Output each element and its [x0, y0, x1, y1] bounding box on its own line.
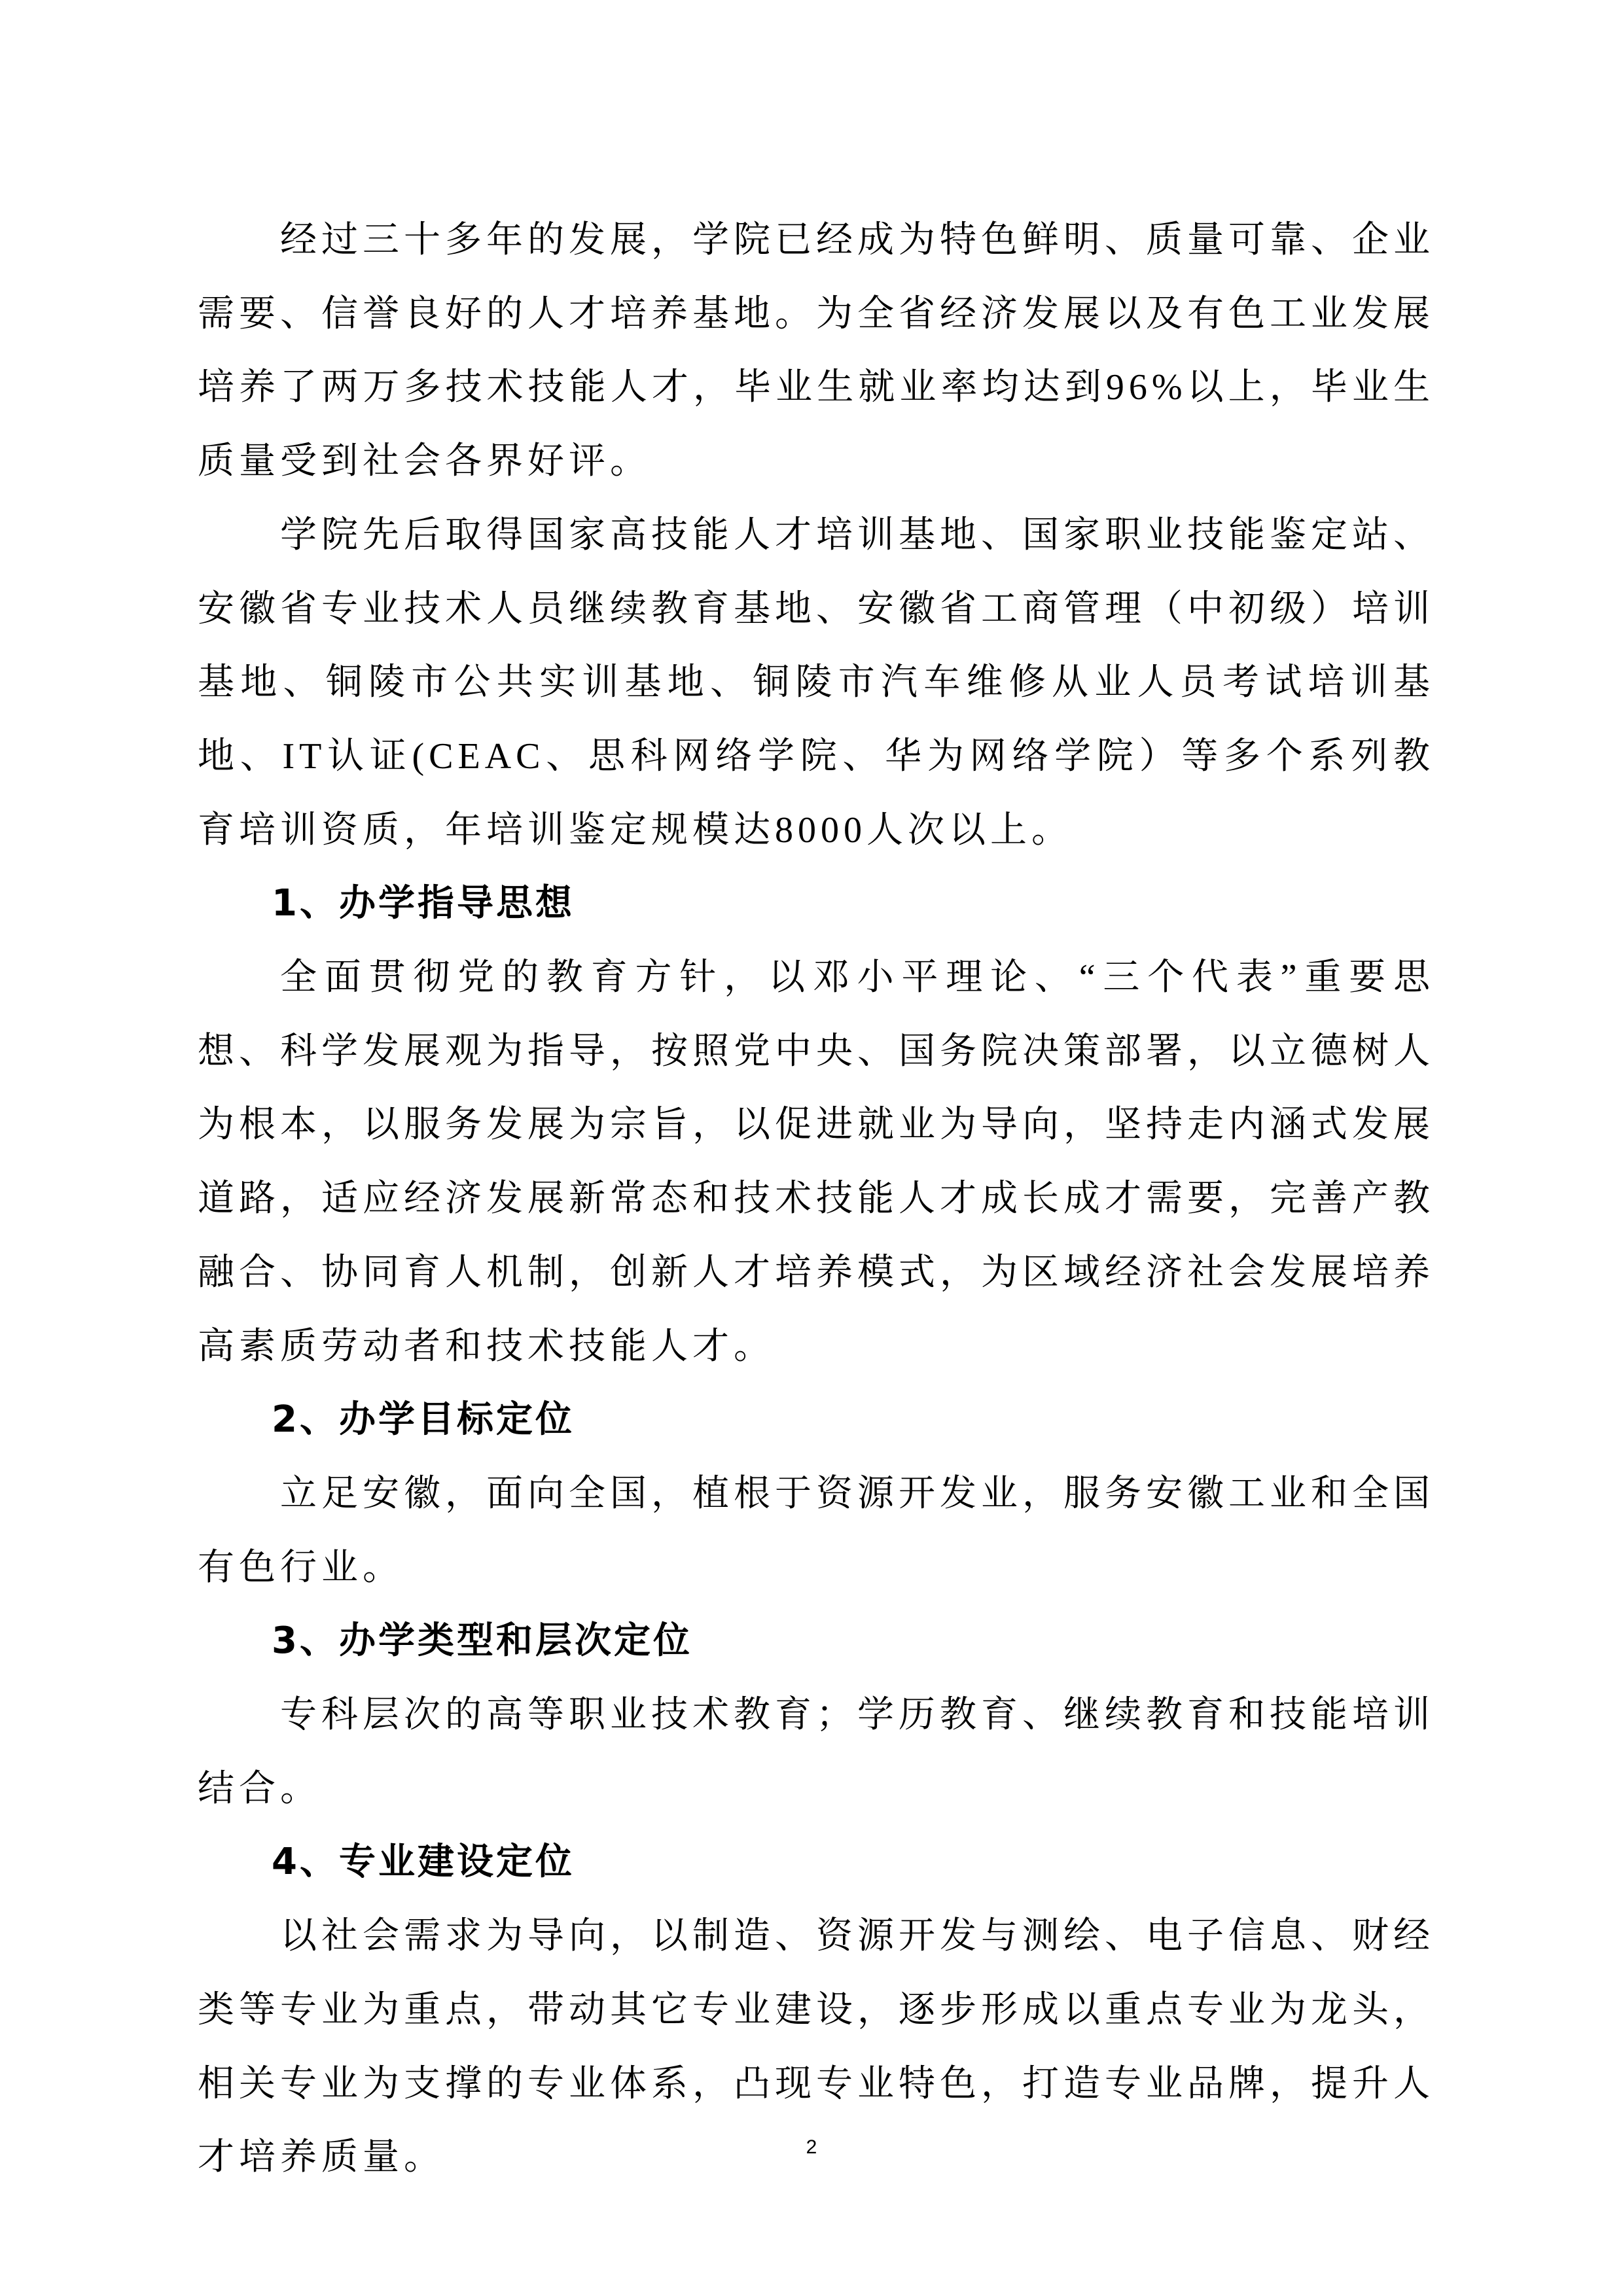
document-body: 经过三十多年的发展，学院已经成为特色鲜明、质量可靠、企业需要、信誉良好的人才培养…: [198, 203, 1435, 2195]
paragraph-development-achievements: 经过三十多年的发展，学院已经成为特色鲜明、质量可靠、企业需要、信誉良好的人才培养…: [198, 203, 1435, 499]
section-heading-guiding-ideology: 1、办学指导思想: [198, 867, 1435, 941]
paragraph-goal-positioning: 立足安徽，面向全国，植根于资源开发业，服务安徽工业和全国有色行业。: [198, 1457, 1435, 1604]
section-heading-goal-positioning: 2、办学目标定位: [198, 1383, 1435, 1457]
document-page: 经过三十多年的发展，学院已经成为特色鲜明、质量可靠、企业需要、信誉良好的人才培养…: [0, 0, 1623, 2296]
paragraph-training-qualifications: 学院先后取得国家高技能人才培训基地、国家职业技能鉴定站、安徽省专业技术人员继续教…: [198, 499, 1435, 868]
section-heading-type-level-positioning: 3、办学类型和层次定位: [198, 1604, 1435, 1678]
section-heading-specialty-construction: 4、专业建设定位: [198, 1826, 1435, 1899]
paragraph-type-level-positioning: 专科层次的高等职业技术教育；学历教育、继续教育和技能培训结合。: [198, 1678, 1435, 1826]
page-number: 2: [798, 2134, 825, 2161]
paragraph-guiding-ideology: 全面贯彻党的教育方针，以邓小平理论、“三个代表”重要思想、科学发展观为指导，按照…: [198, 941, 1435, 1383]
